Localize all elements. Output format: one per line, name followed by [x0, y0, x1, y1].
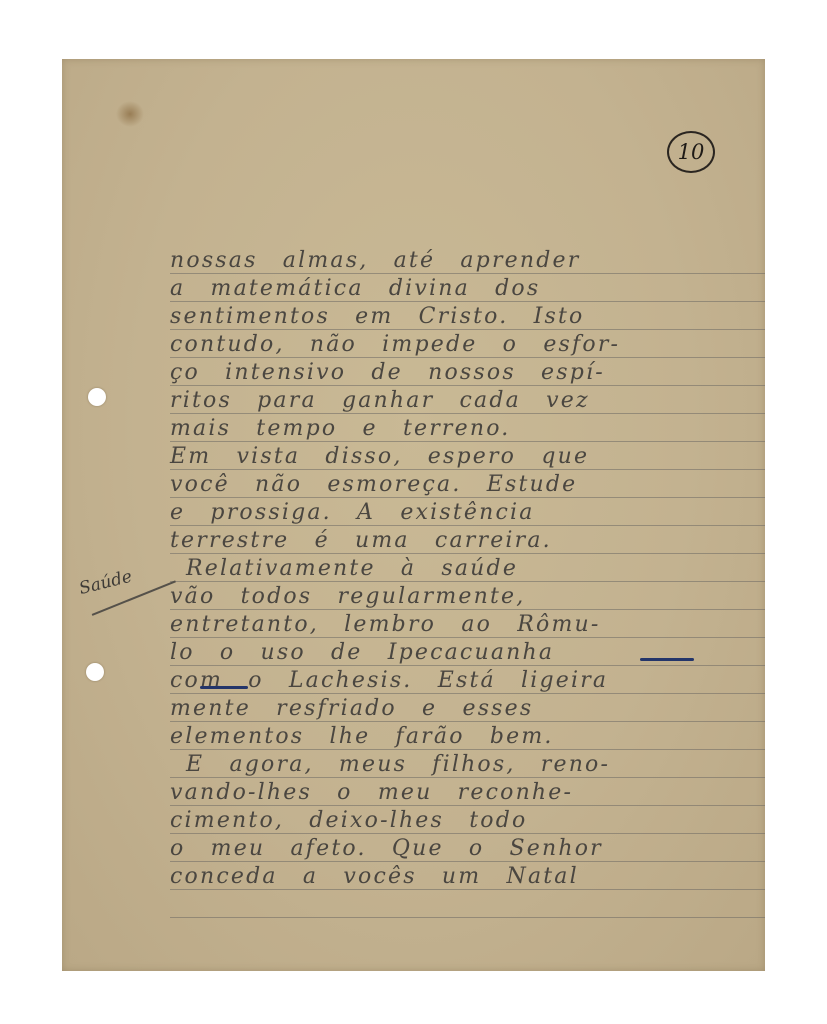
text-line: ço intensivo de nossos espí-	[170, 360, 760, 386]
text-line: ritos para ganhar cada vez	[170, 388, 760, 414]
text-line: vando-lhes o meu reconhe-	[170, 780, 760, 806]
text-line: com o Lachesis. Está ligeira	[170, 668, 760, 694]
letter-page: 10 Saúde nossas almas, até aprender a ma…	[62, 59, 765, 971]
page-number: 10	[667, 131, 715, 173]
text-line: conceda a vocês um Natal	[170, 864, 760, 890]
text-line: E agora, meus filhos, reno-	[170, 752, 776, 778]
text-line: e prossiga. A existência	[170, 500, 760, 526]
text-line: a matemática divina dos	[170, 276, 760, 302]
text-line: cimento, deixo-lhes todo	[170, 808, 760, 834]
blue-underline	[200, 686, 248, 689]
text-line: vão todos regularmente,	[170, 584, 760, 610]
text-line: terrestre é uma carreira.	[170, 528, 760, 554]
text-line: você não esmoreça. Estude	[170, 472, 760, 498]
text-line: nossas almas, até aprender	[170, 248, 760, 274]
punch-hole	[86, 663, 104, 681]
margin-note: Saúde	[77, 567, 134, 599]
text-line: lo o uso de Ipecacuanha	[170, 640, 760, 666]
punch-hole	[88, 388, 106, 406]
text-line: entretanto, lembro ao Rômu-	[170, 612, 760, 638]
text-line: mais tempo e terreno.	[170, 416, 760, 442]
text-line: mente resfriado e esses	[170, 696, 760, 722]
text-line: Relativamente à saúde	[170, 556, 776, 582]
text-line: sentimentos em Cristo. Isto	[170, 304, 760, 330]
text-line: contudo, não impede o esfor-	[170, 332, 760, 358]
text-line: elementos lhe farão bem.	[170, 724, 760, 750]
blue-underline	[640, 658, 694, 661]
text-line: o meu afeto. Que o Senhor	[170, 836, 760, 862]
text-line: Em vista disso, espero que	[170, 444, 760, 470]
ruled-line	[170, 917, 765, 918]
